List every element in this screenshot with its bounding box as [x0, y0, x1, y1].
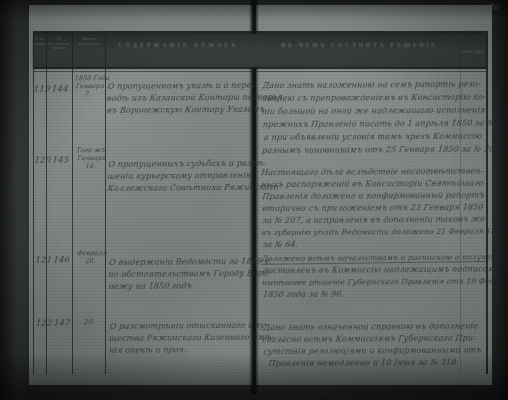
resolution-line: Дано знать означенной справкою въ дополн…	[263, 322, 479, 333]
resolution-line: ныхъ распоряженій въ Консисторіи Святѣйш…	[261, 179, 485, 190]
resolution-line: Правленія доложено и конфирмованный рапо…	[262, 191, 485, 202]
resolution-line: доставленъ въ Коммиссію надлежащимъ подп…	[262, 265, 500, 276]
resolution-line: вторично съ приложеніемъ отъ 23 Генваря …	[262, 203, 484, 214]
resolution-line: піи большой на оной же надлежащаго испол…	[261, 106, 486, 117]
resolution-line: за № 64.	[262, 240, 299, 249]
resolution-line: а при объявленіи условія тамъ чрезъ Комм…	[263, 132, 482, 143]
resolution-line: Правленія немедленно и 10 Іюня за № 318.	[268, 358, 460, 368]
resolution-line: разнымъ чиновникамъ отъ 25 Генваря 1850 …	[262, 144, 503, 155]
resolution-line: люціею съ препровожденіемъ въ Консисторі…	[261, 93, 486, 104]
resolution-line: сутствія резолюціями и конфирмованными о…	[263, 346, 482, 357]
resolution-line: Дано знать наложенною на семъ рапортѣ ре…	[262, 80, 481, 91]
resolution-line: Доложено всѣмъ начальствамъ и распискою …	[261, 252, 504, 263]
resolution-line: 1850 года за № 96.	[263, 290, 345, 300]
resolution-line: нынѣшнее рѣшеніе Губернскаго Правленія о…	[261, 276, 508, 287]
resolution-line: Настоящаго дѣла вслѣдствіе несоотвѣтстве…	[261, 167, 484, 178]
resolution-line: прежнихъ Правленій писать до 1 апрѣля 18…	[262, 118, 508, 129]
resolution-line: согласно всѣмъ Коммиссіямъ Губернскаго П…	[262, 334, 477, 344]
resolution-line: за № 207, а исправленія въ дополненіи та…	[262, 215, 486, 226]
resolution-line: въ губернію уѣздъ Ведомости доложено 21 …	[261, 226, 506, 237]
bottom-right-smudge: · ··· ·	[455, 388, 473, 394]
right-page-ink: Дано знать наложенною на семъ рапортѣ ре…	[0, 0, 508, 400]
scanned-register-photo: СОДЕРЖАНІЕ БУМАГЪ ВЪ ЧЕМЪ СОСТОИТЪ РѢШЕН…	[0, 0, 508, 400]
